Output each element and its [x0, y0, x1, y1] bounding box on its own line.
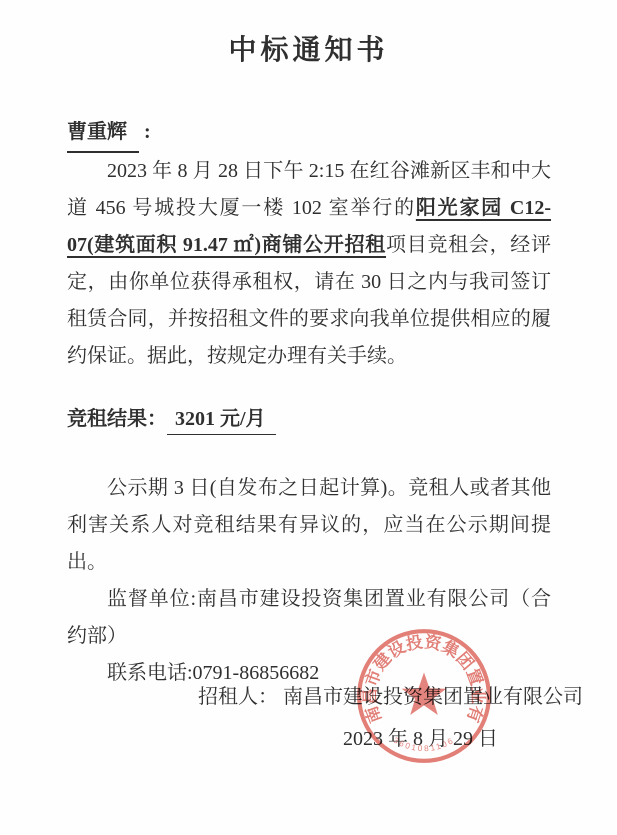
- bid-result-value: 3201 元/月: [167, 404, 276, 435]
- bid-result-label: 竞租结果：: [67, 408, 167, 430]
- lessor-label: 招租人：: [198, 686, 283, 708]
- salutation-line: 曹重辉 :: [67, 114, 551, 153]
- recipient-name: 曹重辉: [67, 114, 139, 153]
- document-body: 曹重辉 : 2023 年 8 月 28 日下午 2:15 在红谷滩新区丰和中大道…: [67, 114, 551, 692]
- public-notice-paragraph: 公示期 3 日(自发布之日起计算)。竞租人或者其他利害关系人对竞租结果有异议的，…: [67, 470, 551, 581]
- lessor-name: 南昌市建设投资集团置业有限公司: [283, 686, 583, 708]
- body-paragraph: 2023 年 8 月 28 日下午 2:15 在红谷滩新区丰和中大道 456 号…: [67, 153, 551, 375]
- issue-date: 2023 年 8 月 29 日: [343, 724, 498, 754]
- bid-result-line: 竞租结果：3201 元/月: [67, 401, 551, 438]
- document-page: 中标通知书 曹重辉 : 2023 年 8 月 28 日下午 2:15 在红谷滩新…: [0, 0, 617, 835]
- salutation-colon: :: [139, 121, 151, 143]
- lessor-line: 招租人： 南昌市建设投资集团置业有限公司: [198, 682, 583, 712]
- document-title: 中标通知书: [0, 28, 617, 68]
- supervisor-line: 监督单位:南昌市建设投资集团置业有限公司（合约部）: [67, 581, 551, 655]
